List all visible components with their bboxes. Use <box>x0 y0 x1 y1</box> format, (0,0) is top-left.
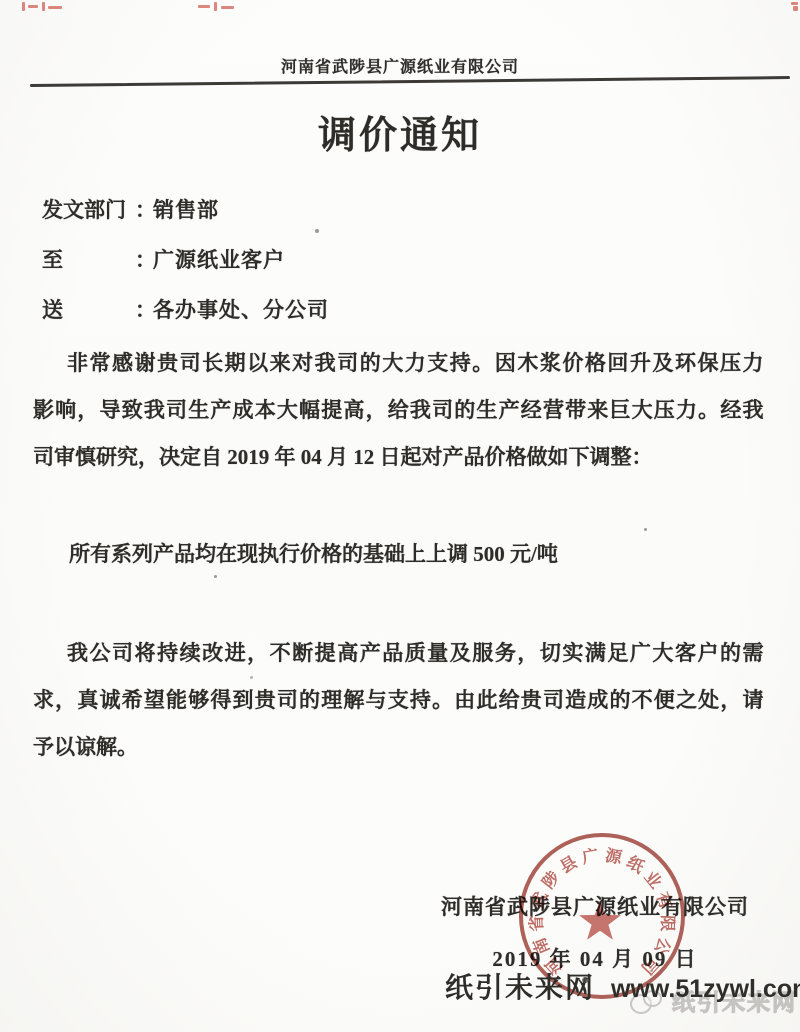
site-watermark-name: 纸引未来网 <box>445 966 595 1006</box>
red-scan-artifact <box>20 1 66 12</box>
paragraph-line: 予以谅解。 <box>33 724 764 771</box>
meta-colon: ： <box>135 194 151 224</box>
svg-text:武: 武 <box>528 889 551 911</box>
price-adjustment-line: 所有系列产品均在现执行价格的基础上上调 500 元/吨 <box>33 531 764 578</box>
svg-text:限: 限 <box>658 915 678 933</box>
meta-value: 各办事处、分公司 <box>153 294 329 324</box>
meta-row-department: 发文部门 ： 销售部 <box>42 194 742 244</box>
paragraph-line: 司审慎研究，决定自 2019 年 04 月 12 日起对产品价格做如下调整： <box>33 434 764 481</box>
price-text: 所有系列产品均在现执行价格的基础上上调 500 元/吨 <box>33 531 764 578</box>
meta-label: 发文部门 <box>42 194 135 224</box>
site-watermark-url: www.51zywl.com <box>611 975 800 1004</box>
scan-speck <box>214 575 217 578</box>
meta-label: 送 <box>42 294 135 324</box>
svg-text:省: 省 <box>527 914 547 932</box>
scanned-document-page: 河南省武陟县广源纸业有限公司 调价通知 发文部门 ： 销售部 至 ： 广源纸业客… <box>0 0 800 1032</box>
letterhead-company-name: 河南省武陟县广源纸业有限公司 <box>0 54 800 77</box>
svg-text:业: 业 <box>640 868 665 893</box>
svg-text:有: 有 <box>653 889 677 911</box>
red-scan-artifact <box>791 2 800 12</box>
scan-speck <box>250 676 253 679</box>
meta-row-send: 送 ： 各办事处、分公司 <box>42 294 742 344</box>
body-paragraph-2: 我公司将持续改进，不断提高产品质量及服务，切实满足广大客户的需 求，真诚希望能够… <box>33 630 764 771</box>
scan-speck <box>582 977 589 983</box>
scan-speck <box>644 528 647 531</box>
meta-value: 广源纸业客户 <box>153 244 285 274</box>
svg-text:陟: 陟 <box>538 867 564 893</box>
paragraph-line: 求，真诚希望能够得到贵司的理解与支持。由此给贵司造成的不便之处，请 <box>33 677 764 724</box>
svg-text:广: 广 <box>580 845 600 868</box>
red-scan-artifact <box>198 1 240 12</box>
svg-text:公: 公 <box>650 935 674 958</box>
meta-colon: ： <box>135 294 151 324</box>
body-paragraph-1: 非常感谢贵司长期以来对我司的大力支持。因木浆价格回升及环保压力 影响，导致我司生… <box>33 340 764 481</box>
svg-text:纸: 纸 <box>623 852 647 877</box>
paragraph-line: 影响，导致我司生产成本大幅提高，给我司的生产经营带来巨大压力。经我 <box>33 387 764 434</box>
svg-text:源: 源 <box>604 845 624 868</box>
document-title: 调价通知 <box>0 104 800 159</box>
svg-text:县: 县 <box>557 852 581 877</box>
seal-star-icon <box>579 900 621 940</box>
meta-row-to: 至 ： 广源纸业客户 <box>42 244 742 294</box>
site-watermark: 纸引未来网 www.51zywl.com <box>445 966 800 1006</box>
scan-speck <box>315 229 319 233</box>
paragraph-line: 我公司将持续改进，不断提高产品质量及服务，切实满足广大客户的需 <box>33 630 764 677</box>
meta-colon: ： <box>135 244 151 274</box>
letterhead-rule <box>30 76 790 87</box>
paragraph-line: 非常感谢贵司长期以来对我司的大力支持。因木浆价格回升及环保压力 <box>33 340 764 387</box>
meta-label: 至 <box>42 244 135 274</box>
document-meta: 发文部门 ： 销售部 至 ： 广源纸业客户 送 ： 各办事处、分公司 <box>42 194 742 344</box>
meta-value: 销售部 <box>153 194 219 224</box>
